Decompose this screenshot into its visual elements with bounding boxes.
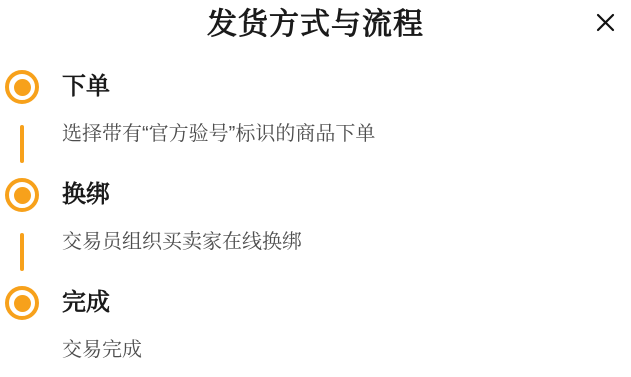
process-timeline: 下单 选择带有“官方验号”标识的商品下单 换绑 交易员组织买卖家在线换绑 xyxy=(0,70,631,364)
step-description: 交易员组织买卖家在线换绑 xyxy=(62,229,631,256)
step-content: 下单 选择带有“官方验号”标识的商品下单 xyxy=(62,70,631,163)
step-content: 完成 交易完成 xyxy=(62,286,631,364)
close-button[interactable] xyxy=(591,8,619,36)
close-icon xyxy=(595,12,616,33)
step-item-rebind: 换绑 交易员组织买卖家在线换绑 xyxy=(5,178,631,271)
step-title: 下单 xyxy=(62,70,631,104)
step-title: 换绑 xyxy=(62,178,631,212)
step-title: 完成 xyxy=(62,286,631,320)
step-ring-icon xyxy=(5,286,39,320)
step-ring-dot xyxy=(14,187,31,204)
step-description: 选择带有“官方验号”标识的商品下单 xyxy=(62,121,631,148)
step-content: 换绑 交易员组织买卖家在线换绑 xyxy=(62,178,631,271)
timeline-rail xyxy=(5,178,62,271)
timeline-connector xyxy=(20,233,24,271)
timeline-connector xyxy=(20,125,24,163)
step-item-complete: 完成 交易完成 xyxy=(5,286,631,364)
delivery-process-modal: 发货方式与流程 下单 选择带有“官方验号”标识的商品下单 xyxy=(0,0,631,377)
step-description: 交易完成 xyxy=(62,337,631,364)
step-item-place-order: 下单 选择带有“官方验号”标识的商品下单 xyxy=(5,70,631,163)
step-ring-dot xyxy=(14,295,31,312)
step-ring-icon xyxy=(5,70,39,104)
step-ring-icon xyxy=(5,178,39,212)
timeline-rail xyxy=(5,286,62,364)
timeline-rail xyxy=(5,70,62,163)
modal-title: 发货方式与流程 xyxy=(0,8,631,42)
step-ring-dot xyxy=(14,79,31,96)
